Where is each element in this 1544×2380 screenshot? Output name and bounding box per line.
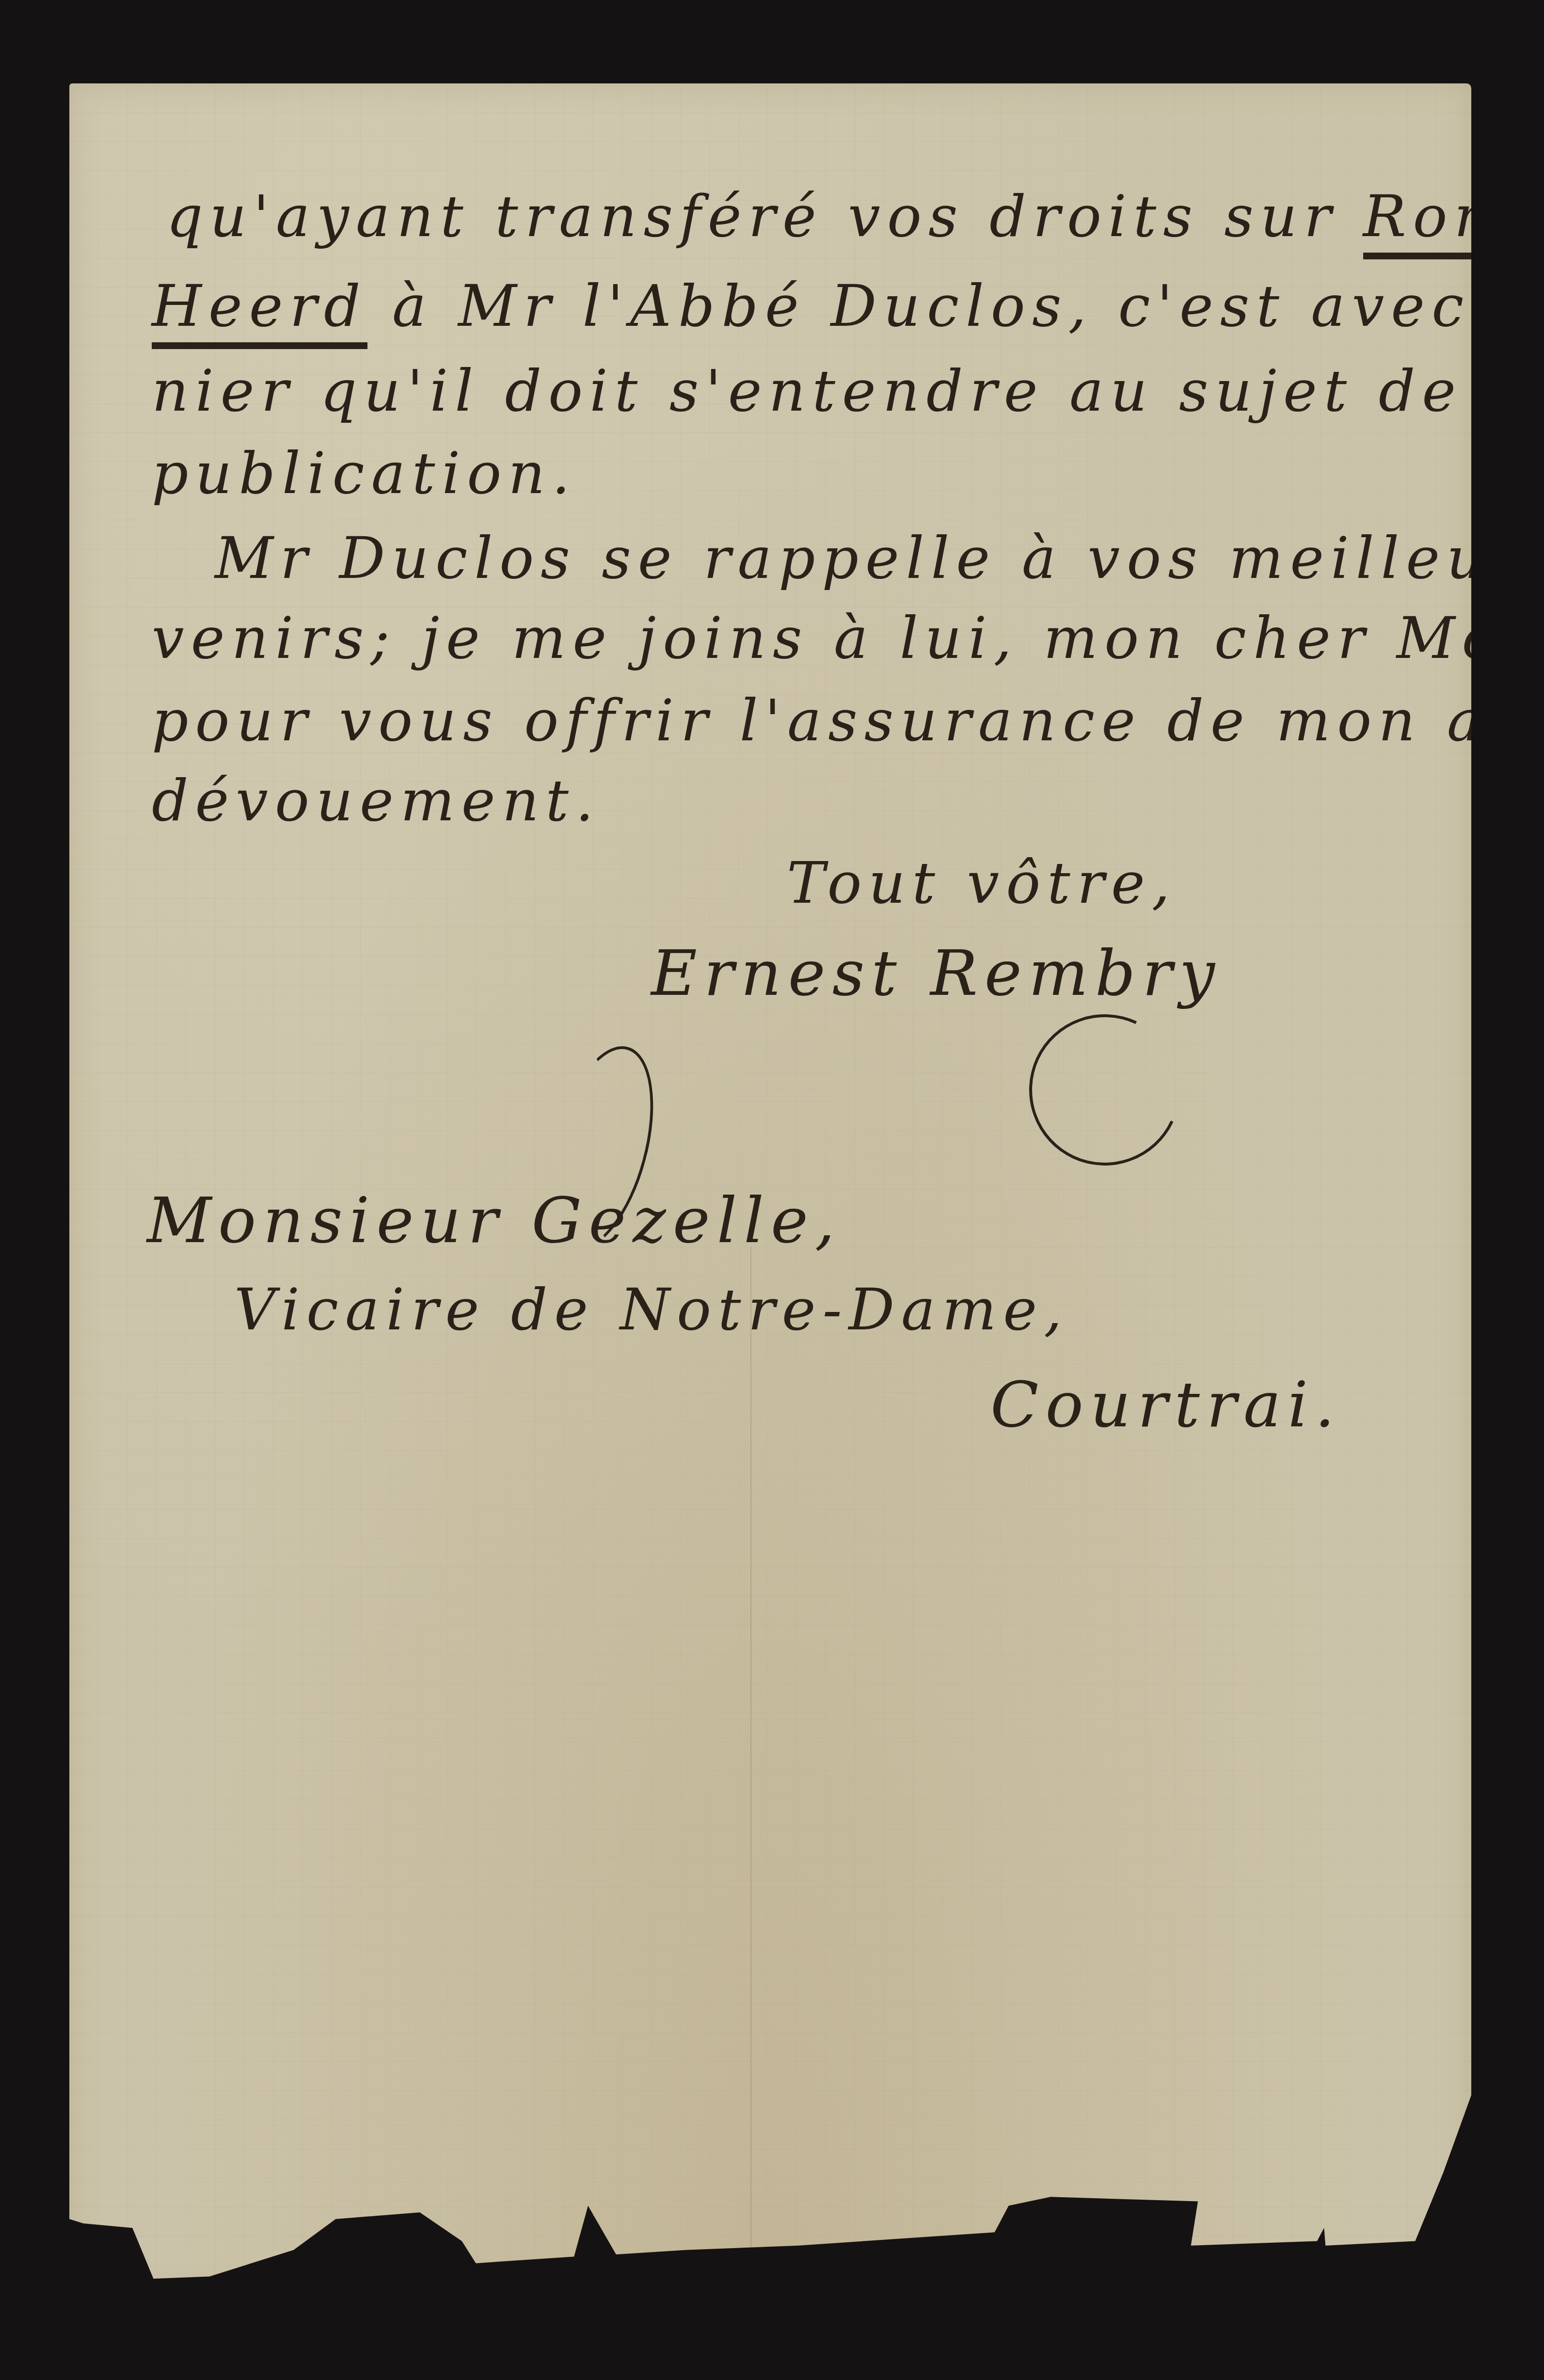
letter-line-5: Mr Duclos se rappelle à vos meilleurs so… [215, 529, 1544, 587]
signature: Ernest Rembry [651, 942, 1222, 1005]
letter-line-4: publication. [152, 445, 577, 502]
letter-page: qu'ayant transféré vos droits sur Rond d… [69, 83, 1471, 2294]
letter-line-3: nier qu'il doit s'entendre au sujet de l… [152, 362, 1544, 419]
letter-line-8: dévouement. [152, 772, 601, 829]
line-1-text: qu'ayant transféré vos droits sur [166, 183, 1363, 250]
underlined-title-part-1: Rond den [1363, 183, 1544, 259]
letter-line-2: Heerd à Mr l'Abbé Duclos, c'est avec ce … [152, 277, 1544, 335]
address-line-1: Monsieur Gezelle, [147, 1189, 842, 1252]
address-line-2: Vicaire de Notre-Dame, [234, 1281, 1069, 1338]
address-line-3: Courtrai. [990, 1373, 1341, 1436]
letter-line-7: pour vous offrir l'assurance de mon affe… [152, 692, 1544, 749]
letter-line-1: qu'ayant transféré vos droits sur Rond d… [166, 188, 1544, 245]
paper-fold-crease [750, 1247, 751, 2289]
line-2-text: à Mr l'Abbé Duclos, c'est avec ce der- [367, 272, 1544, 339]
underlined-title-part-2: Heerd [152, 272, 367, 349]
signature-flourish-icon [1008, 993, 1202, 1187]
letter-line-6: venirs; je me joins à lui, mon cher Mons… [152, 609, 1544, 667]
closing-salutation: Tout vôtre, [787, 854, 1177, 911]
